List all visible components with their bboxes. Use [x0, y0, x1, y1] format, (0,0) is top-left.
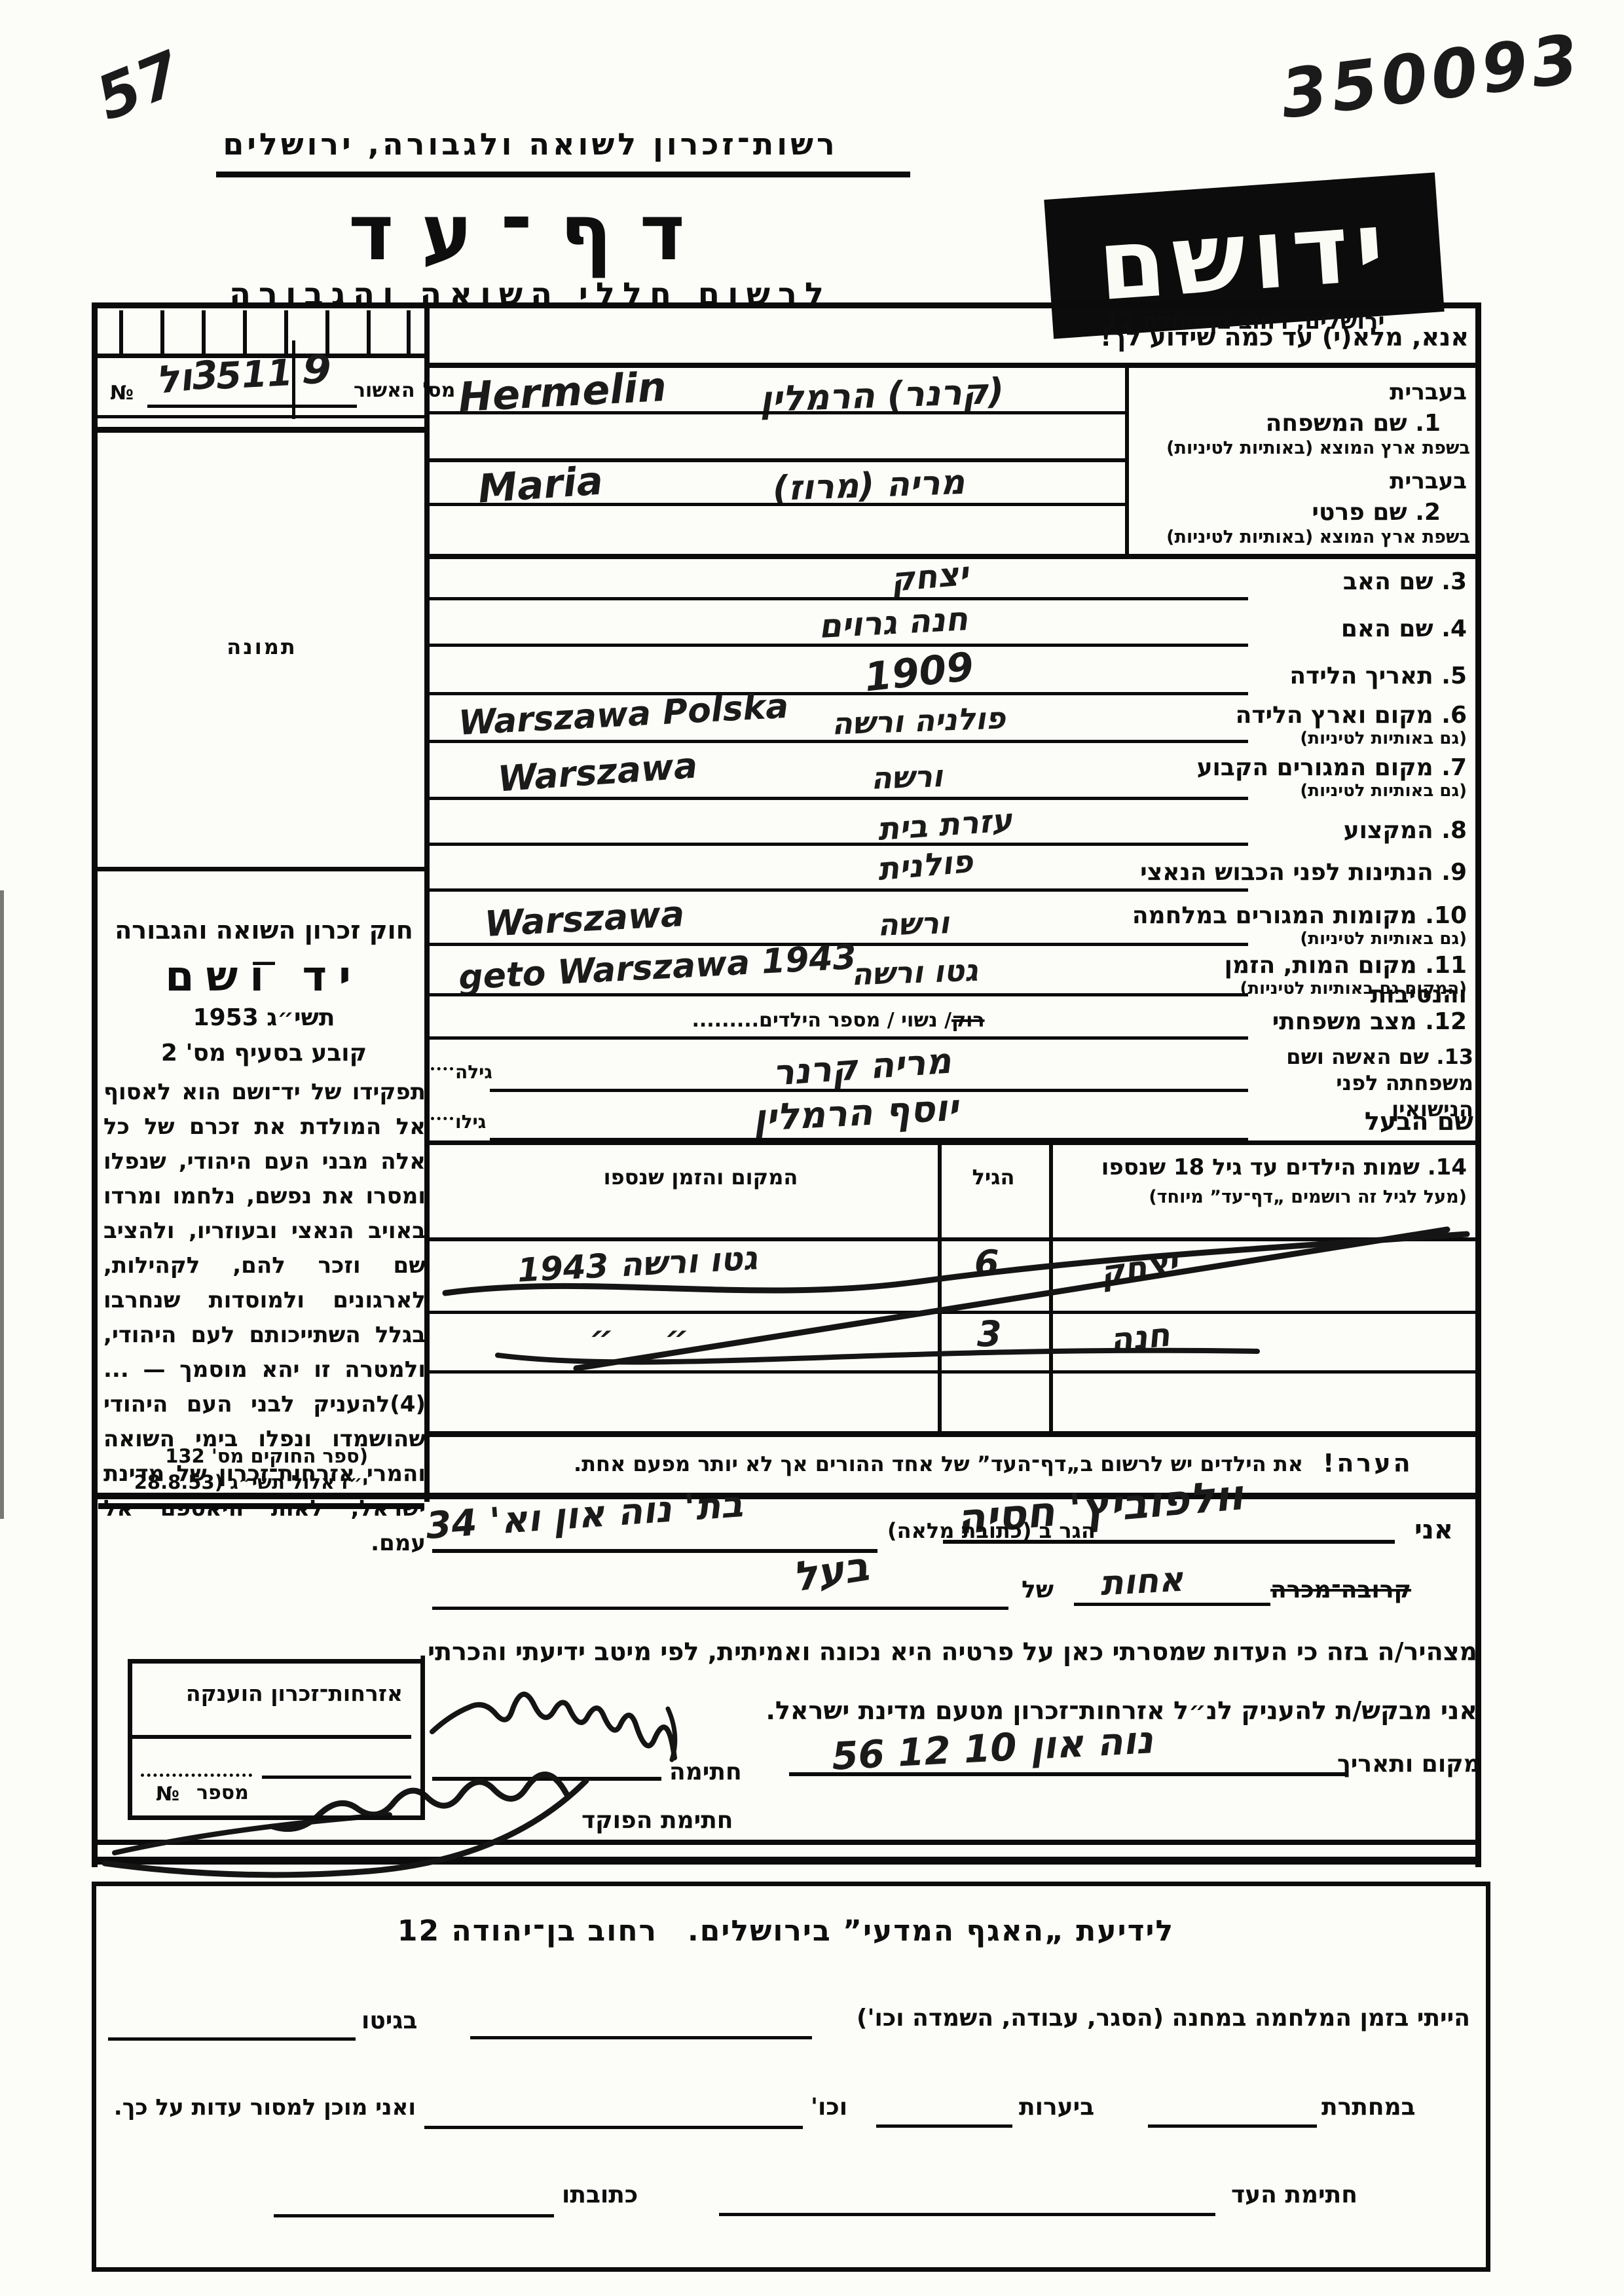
of-label: של — [1022, 1575, 1054, 1605]
file-number-handwritten: 350093 — [1276, 20, 1586, 134]
field5-label: 5. תאריך הלידה — [1126, 661, 1467, 691]
field13-age-dotted — [431, 1067, 453, 1070]
citizenship-title: אזרחות־זכרון הוענקה — [141, 1680, 403, 1707]
page-number-handwritten: 57 — [87, 38, 191, 134]
bottom-blank-address — [274, 2214, 554, 2217]
field4-underline — [430, 644, 1248, 647]
approval-no-symbol: № — [110, 381, 134, 406]
bottom-witness-sig-label: חתימת העד — [1231, 2180, 1357, 2210]
note-text: את הילדים יש לרשום ב„דף־העד” של אחד ההור… — [458, 1451, 1303, 1477]
approval-number-scribble: 3ול — [154, 352, 221, 403]
field11-answer-latin: geto Warszawa 1943 — [458, 938, 857, 998]
relation-printed-struck: קרובה־מכרה — [1270, 1575, 1411, 1605]
form-border-left — [92, 302, 98, 1867]
field5-underline — [430, 692, 1248, 695]
field4-answer: חנה גרוים — [818, 600, 969, 646]
husband-answer: יוסף הרמלין — [752, 1087, 959, 1140]
field12-underline — [430, 1036, 1248, 1040]
field12-option-rest: / נשוי / מספר הילדים......... — [692, 1009, 951, 1032]
relation-underline-2 — [432, 1607, 1008, 1610]
form-border-right — [1475, 302, 1481, 1867]
bottom-blank-etc — [424, 2126, 803, 2129]
field9-answer: פולנית — [876, 843, 974, 888]
testimony-page: 57 350093 רשות־זכרון לשואה ולגבורה, ירוש… — [0, 0, 1624, 2296]
law-paragraph-1: תפקידו של יד־ושם הוא לאסוף אל המולדת את … — [103, 1079, 426, 1383]
photo-label: תמונה — [190, 634, 334, 660]
intro-line: אנא, מלא(י) עד כמה שידוע לך! — [917, 322, 1469, 354]
org-underline — [216, 172, 910, 177]
field7-underline — [430, 797, 1248, 800]
field3-answer: יצחק — [889, 555, 970, 599]
field1-underline — [430, 411, 1125, 414]
field8-label: 8. המקצוע — [1126, 816, 1467, 845]
relation-underline-1 — [1074, 1603, 1270, 1606]
field6-sublabel: (גם באותיות לטיניות) — [1126, 728, 1467, 750]
field6-label: 6. מקום וארץ הלידה — [1126, 701, 1467, 730]
field1-label: 1. שם המשפחה — [1133, 409, 1441, 438]
law-year: תשי״ג 1953 — [103, 1003, 424, 1032]
field2-underline — [430, 503, 1125, 506]
law-source-1: (ספר החוקים מס' 132 — [106, 1444, 368, 1468]
bottom-blank-forests — [876, 2124, 1012, 2128]
field2-lang-label: בעברית — [1133, 467, 1467, 496]
table-col-place: המקום והזמן שנספו — [524, 1164, 877, 1190]
approval-underline — [147, 405, 357, 408]
field6-underline — [430, 740, 1248, 743]
field8-underline — [430, 843, 1248, 846]
field3-label: 3. שם האב — [1126, 567, 1467, 596]
logo-text: ידושם — [1095, 197, 1393, 314]
field10-answer-latin: Warszawa — [484, 893, 686, 945]
citizenship-number-label: מספר — [196, 1781, 249, 1806]
law-block-underline — [98, 1503, 424, 1509]
note-top-line — [430, 1431, 1475, 1437]
bottom-blank-underground — [1148, 2124, 1317, 2128]
form-title: דף־עד — [157, 185, 904, 282]
field6-answer-hebrew: פולניה ורשה — [831, 700, 1006, 741]
law-source-2: י״ז אלול תשי״ג (28.8.53 — [106, 1470, 368, 1494]
field1-lang-label: בעברית — [1133, 378, 1467, 407]
field7-answer-hebrew: ורשה — [870, 758, 943, 796]
citizenship-mid-line — [132, 1735, 411, 1739]
bottom-title: לידיעת „האגף המדעי” בירושלים. רחוב בן־יה… — [295, 1913, 1277, 1949]
field11-answer-hebrew: גטו ורשה — [851, 953, 978, 993]
bottom-etc-label: וכו' — [811, 2092, 847, 2122]
field8-answer: עזרת בית — [876, 802, 1013, 848]
place-date-underline — [789, 1772, 1346, 1776]
bottom-underground-label: במחתרת — [1321, 2092, 1416, 2122]
registration-box-bottom — [92, 427, 428, 433]
place-date-label: מקום ותאריך — [1337, 1749, 1481, 1779]
bottom-war-line: הייתי בזמן המלחמה במחנה (הסגר, עבודה, הש… — [819, 2003, 1470, 2033]
field2-label: 2. שם פרטי — [1133, 498, 1441, 527]
law-clause: קובע בסעיף מס' 2 — [103, 1038, 424, 1068]
relation-handwritten: אחות — [1099, 1560, 1185, 1604]
field12-label: 12. מצב משפחתי — [1126, 1007, 1467, 1036]
approval-number-digit: 9 — [301, 345, 333, 395]
field9-underline — [430, 888, 1248, 892]
field3-underline — [430, 597, 1248, 600]
law-name: יד ושם — [103, 951, 424, 1003]
note-title: הערה! — [1323, 1448, 1413, 1480]
table-strike-strokes — [426, 1205, 1483, 1434]
bottom-blank-camp — [470, 2036, 812, 2039]
bottom-blank-witness-sig — [719, 2213, 1215, 2216]
husband-age-label: גילו — [455, 1110, 486, 1133]
citizenship-sub-line — [262, 1776, 411, 1779]
field7-answer-latin: Warszawa — [496, 744, 699, 799]
field13-answer: מריה קרנר — [771, 1040, 952, 1094]
photo-box-bottom — [92, 867, 428, 871]
field7-label: 7. מקום המגורים הקבוע — [1126, 753, 1467, 782]
field1-row-line — [430, 458, 1125, 462]
field13-age-label: גילה — [455, 1061, 492, 1084]
husband-age-dotted — [431, 1117, 453, 1120]
bottom-address-label: כתובתו — [562, 2180, 638, 2210]
bottom-ghetto-label: בגיטו — [361, 2006, 417, 2035]
field10-label: 10. מקומות המגורים במלחמה — [1126, 901, 1467, 930]
field2-sublabel: בשפת ארץ המוצא (באותיות לטיניות) — [1130, 526, 1470, 549]
approval-number-label: מס' האשור — [354, 378, 455, 403]
bottom-blank-ghetto — [108, 2037, 356, 2041]
field12-option-struck: רוק — [951, 1009, 984, 1032]
field1-sublabel: בשפת ארץ המוצא (באותיות לטיניות) — [1130, 437, 1470, 460]
form-border-top — [92, 302, 1481, 308]
bottom-forests-label: ביערות — [1019, 2092, 1094, 2122]
scan-edge-artifact — [0, 890, 4, 1519]
declaration-i-label: אני — [1414, 1514, 1453, 1546]
field10-sublabel: (גם באותיות לטיניות) — [1126, 928, 1467, 950]
form-subtitle: לרשום חללי השואה והגבורה — [157, 275, 904, 314]
note-bottom-line — [92, 1493, 1481, 1499]
husband-label: שם הבעל — [1264, 1106, 1473, 1138]
field12-options: רוק/ נשוי / מספר הילדים......... — [589, 1008, 1087, 1033]
bottom-testify-text: ואני מוכן למסור עדות על כך. — [101, 2094, 416, 2122]
fields12-divider — [1125, 363, 1129, 556]
citizenship-no-symbol: № — [156, 1782, 179, 1807]
field14-label: 14. שמות הילדים עד גיל 18 שנספו — [1064, 1154, 1467, 1182]
table-top-line — [430, 1140, 1475, 1145]
registration-box-line — [97, 415, 428, 418]
field2-answer-hebrew: מריה (מרוז) — [772, 463, 965, 509]
approval-number-digits: 511 — [215, 352, 293, 398]
org-title: רשות־זכרון לשואה ולגבורה, ירושלים — [157, 126, 904, 164]
residing-label: הגר ב (כתובת מלאה) — [887, 1518, 1096, 1544]
field11-underline — [430, 993, 1248, 996]
field4-label: 4. שם האם — [1126, 614, 1467, 644]
field10-answer-hebrew: ורשה — [877, 905, 950, 943]
citizenship-dotted — [141, 1774, 252, 1777]
field9-label: 9. הנתינות לפני הכבוש הנאצי — [1126, 858, 1467, 887]
table-col-age: הגיל — [941, 1164, 1046, 1190]
